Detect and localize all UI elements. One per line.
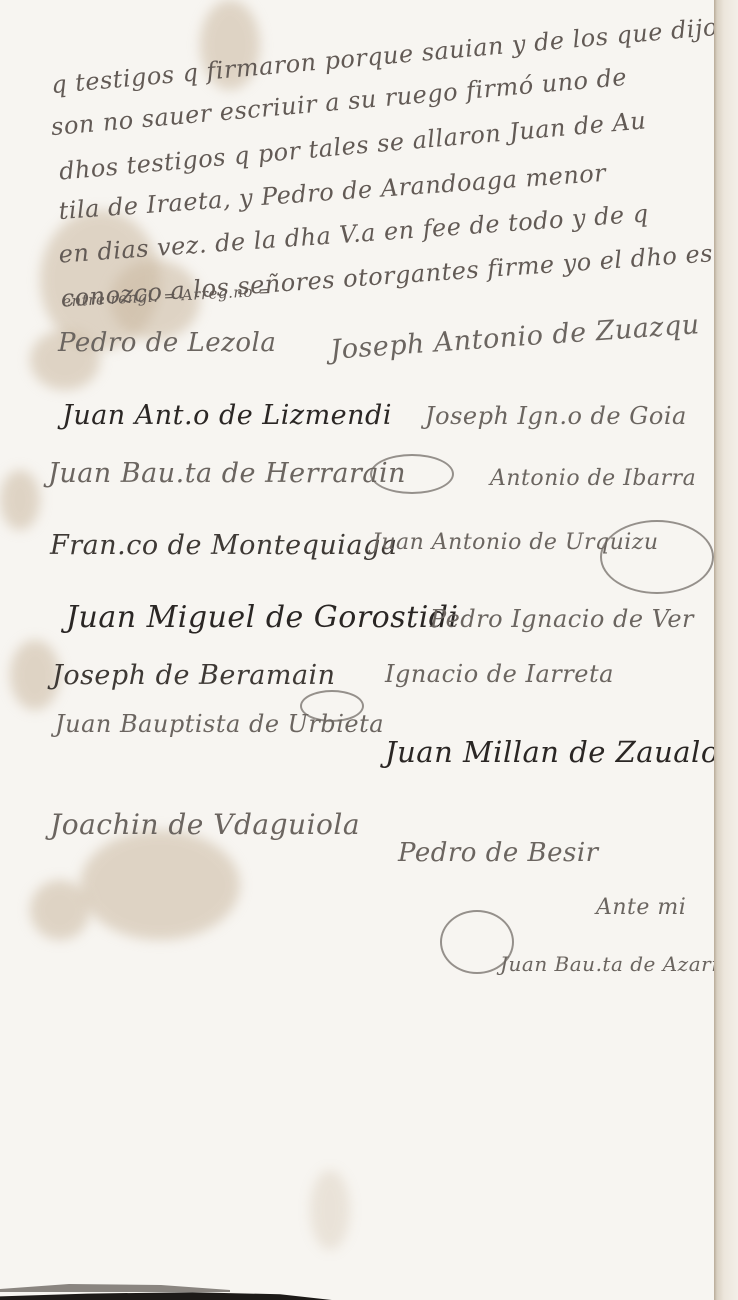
signature: Joseph Ign.o de Goia — [425, 402, 687, 430]
signature: Joseph Antonio de Zuazqu — [329, 309, 700, 366]
page-gutter — [714, 0, 738, 1300]
signature: Juan Miguel de Gorostidi — [66, 600, 459, 635]
signature: Juan Bau.ta de Herrarain — [48, 458, 406, 489]
signature: Juan Bauptista de Urbieta — [55, 710, 384, 738]
manuscript-page: q testigos q firmaron porque sauian y de… — [0, 0, 714, 1300]
signature: Antonio de Ibarra — [490, 466, 696, 491]
water-stain — [30, 880, 90, 940]
signature: Ante mi — [596, 895, 686, 920]
signature: Joseph de Beramain — [52, 660, 336, 691]
water-stain — [80, 830, 240, 940]
signature: Joachin de Vdaguiola — [50, 808, 360, 841]
signature: Fran.co de Montequiaga — [50, 530, 397, 561]
page-bottom-edge — [0, 1282, 720, 1300]
rubric-flourish — [370, 454, 454, 494]
water-stain — [310, 1170, 350, 1250]
water-stain — [0, 470, 40, 530]
signature: Ignacio de Iarreta — [385, 660, 614, 688]
signature: Pedro de Besir — [398, 838, 599, 868]
signature: Juan Ant.o de Lizmendi — [62, 400, 392, 431]
rubric-flourish — [600, 520, 714, 594]
signature: Juan Bau.ta de Azarra — [500, 952, 714, 976]
signature: Pedro Ignacio de Ver — [430, 605, 694, 633]
signature: Juan Millan de Zaualo — [385, 735, 714, 769]
signature: Pedro de Lezola — [58, 328, 276, 358]
